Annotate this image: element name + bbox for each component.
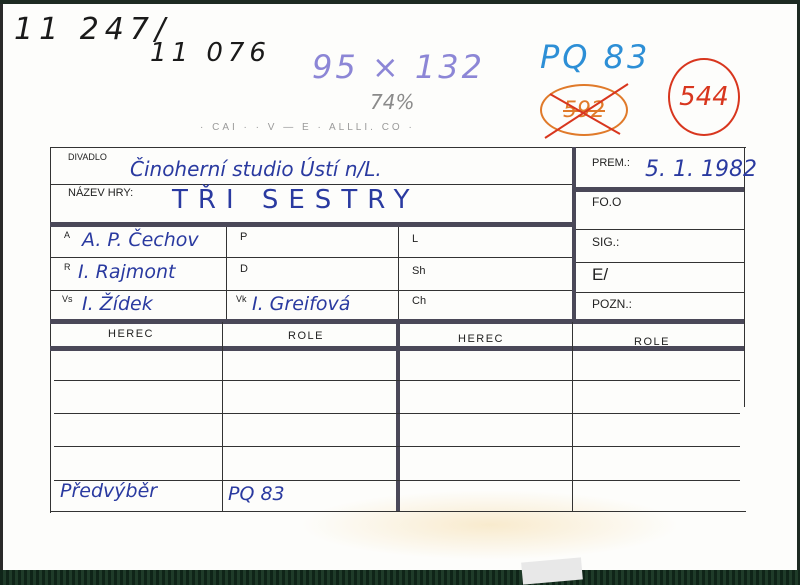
fo-label: FO.O	[592, 195, 621, 209]
d-label: D	[240, 263, 248, 275]
circled-number: 544	[679, 82, 729, 112]
code-note: PQ 83	[540, 38, 650, 76]
circled-number-ring: 544	[668, 58, 740, 136]
vs-value: I. Žídek	[82, 293, 153, 315]
cast-header-role-2: ROLE	[634, 336, 670, 348]
cast-cell-predvyber: Předvýběr	[60, 480, 157, 502]
l-label: L	[412, 233, 418, 245]
cast-header-role-1: ROLE	[288, 330, 324, 342]
photo-size-note: 95 × 132	[312, 48, 485, 86]
r-label: R	[64, 262, 71, 272]
prem-value: 5. 1. 1982	[645, 157, 757, 182]
divadlo-value: Činoherní studio Ústí n/L.	[130, 157, 382, 181]
sh-label: Sh	[412, 265, 425, 277]
cross-out-mark-icon	[540, 80, 635, 140]
prem-label: PREM.:	[592, 157, 630, 169]
vk-value: I. Greifová	[252, 293, 350, 315]
a-label: A	[64, 230, 70, 240]
ch-label: Ch	[412, 295, 426, 307]
divadlo-label: DIVADLO	[68, 152, 107, 162]
cast-header-herec-1: HEREC	[108, 328, 154, 340]
scan-background-strip	[0, 570, 800, 585]
vs-label: Vs	[62, 294, 73, 304]
inventory-number: 11 247/	[14, 12, 171, 47]
sig-label: SIG.:	[592, 235, 619, 249]
faded-stamp-text: · CAI · · V — E · ALLLI. CO ·	[200, 122, 415, 133]
inventory-number-secondary: 11 076	[150, 38, 271, 68]
p-label: P	[240, 231, 247, 243]
vk-label: Vk	[236, 294, 247, 304]
nazev-hry-label: NÁZEV HRY:	[68, 187, 133, 199]
r-value: I. Rajmont	[78, 261, 175, 283]
a-value: A. P. Čechov	[82, 229, 199, 251]
nazev-hry-value: TŘI SESTRY	[172, 185, 419, 215]
cast-header-herec-2: HEREC	[458, 333, 504, 345]
scale-percent-note: 74%	[370, 90, 414, 114]
cast-cell-code: PQ 83	[228, 483, 285, 505]
catalogue-form: DIVADLO Činoherní studio Ústí n/L. NÁZEV…	[50, 147, 746, 513]
e-label: E/	[592, 265, 608, 285]
pozn-label: POZN.:	[592, 297, 632, 311]
